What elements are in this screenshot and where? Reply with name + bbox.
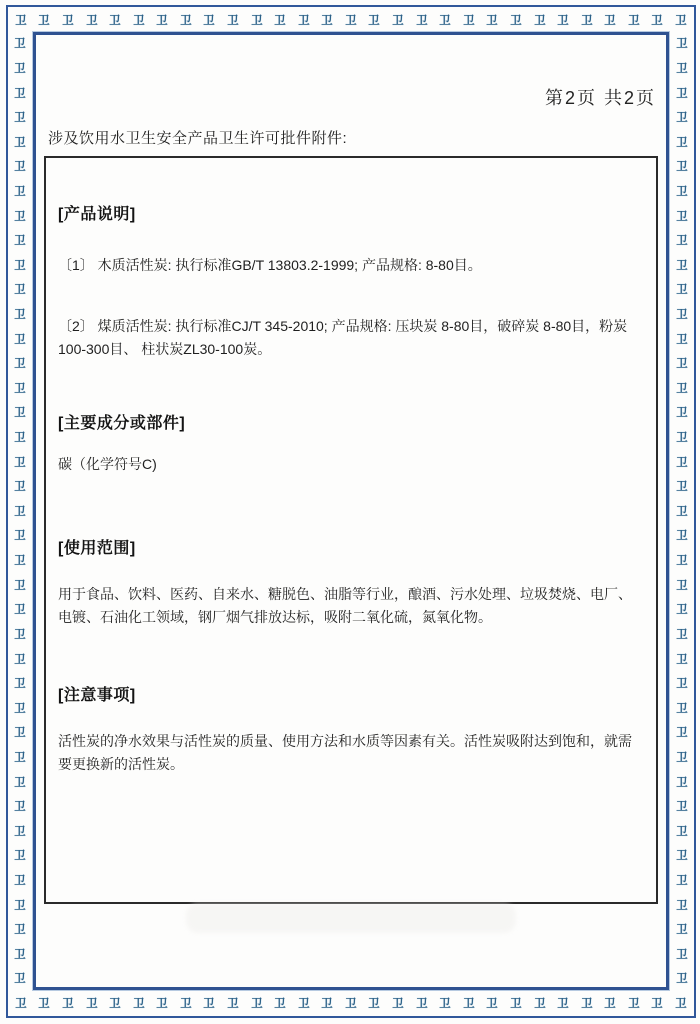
section-heading-main-components: [主要成分或部件] <box>58 410 640 433</box>
scan-artifact <box>186 903 516 933</box>
section-heading-precautions: [注意事项] <box>58 682 640 705</box>
page-indicator: 第2页 共2页 <box>545 84 656 110</box>
border-pattern-left: 卫卫卫卫卫卫卫卫卫卫卫卫卫卫卫卫卫卫卫卫卫卫卫卫卫卫卫卫卫卫卫卫卫卫卫卫卫卫卫 <box>9 31 31 991</box>
license-attachment-box: [产品说明] 〔1〕 木质活性炭: 执行标准GB/T 13803.2-1999;… <box>44 156 658 904</box>
paragraph-wood-carbon: 〔1〕 木质活性炭: 执行标准GB/T 13803.2-1999; 产品规格: … <box>58 254 640 277</box>
paragraph-usage-scope: 用于食品、饮料、医药、自来水、糖脱色、油脂等行业，酿酒、污水处理、垃圾焚烧、电厂… <box>58 583 640 629</box>
paragraph-precautions: 活性炭的净水效果与活性炭的质量、使用方法和水质等因素有关。活性炭吸附达到饱和，就… <box>58 730 640 776</box>
border-pattern-top: 卫卫卫卫卫卫卫卫卫卫卫卫卫卫卫卫卫卫卫卫卫卫卫卫卫卫卫卫卫 <box>9 9 693 31</box>
section-heading-usage-scope: [使用范围] <box>58 535 640 558</box>
border-pattern-bottom: 卫卫卫卫卫卫卫卫卫卫卫卫卫卫卫卫卫卫卫卫卫卫卫卫卫卫卫卫卫 <box>9 992 693 1014</box>
attachment-note: 涉及饮用水卫生安全产品卫生许可批件附件: <box>48 127 347 148</box>
border-pattern-right: 卫卫卫卫卫卫卫卫卫卫卫卫卫卫卫卫卫卫卫卫卫卫卫卫卫卫卫卫卫卫卫卫卫卫卫卫卫卫卫 <box>671 31 693 991</box>
paragraph-coal-carbon: 〔2〕 煤质活性炭: 执行标准CJ/T 345-2010; 产品规格: 压块炭 … <box>58 315 640 361</box>
paragraph-carbon-symbol: 碳（化学符号C) <box>58 453 640 476</box>
scanned-license-page: 卫卫卫卫卫卫卫卫卫卫卫卫卫卫卫卫卫卫卫卫卫卫卫卫卫卫卫卫卫 卫卫卫卫卫卫卫卫卫卫… <box>0 0 700 1024</box>
section-heading-product-description: [产品说明] <box>58 201 640 224</box>
